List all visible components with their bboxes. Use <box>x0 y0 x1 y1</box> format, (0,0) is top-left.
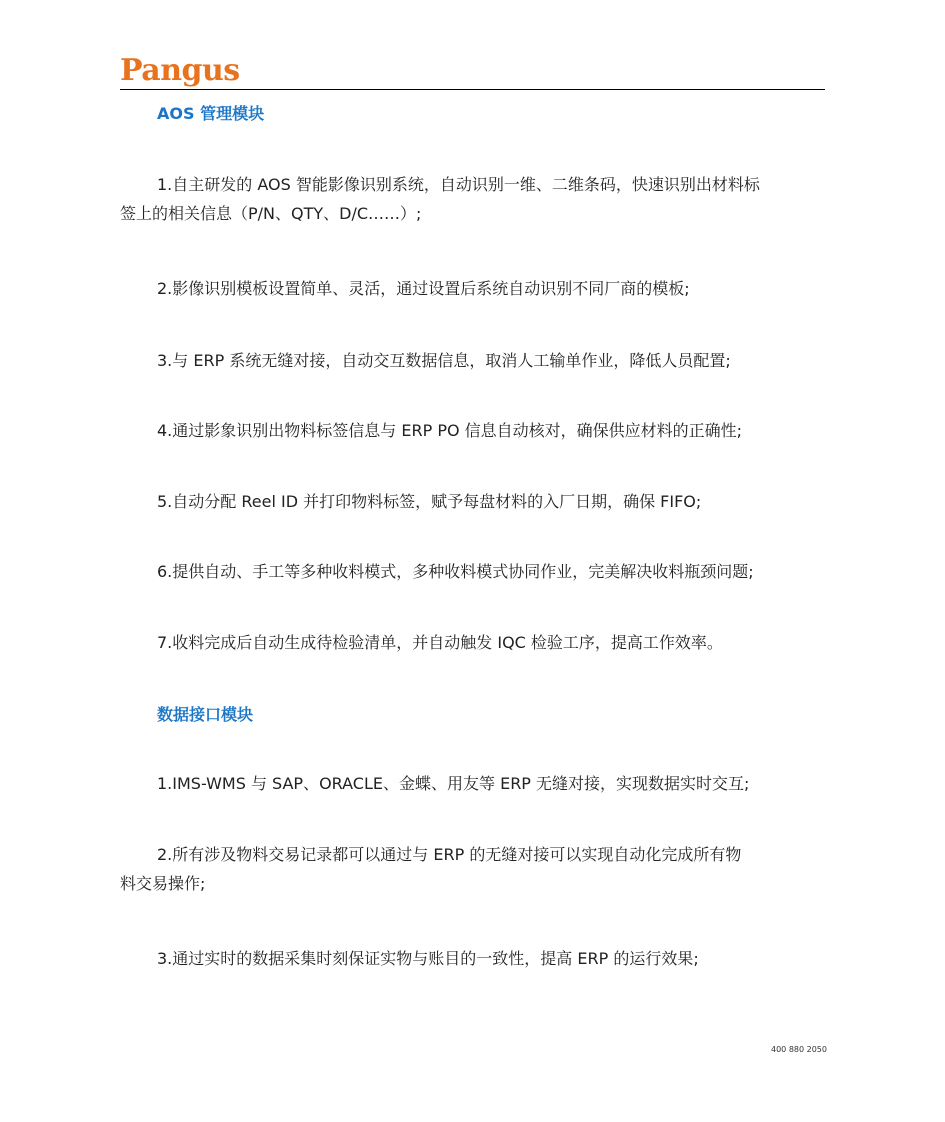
data-item-2: 2.所有涉及物料交易记录都可以通过与 ERP 的无缝对接可以实现自动化完成所有物… <box>120 840 825 898</box>
aos-item-5: 5.自动分配 Reel ID 并打印物料标签，赋予每盘材料的入厂日期，确保 FI… <box>120 487 825 516</box>
aos-item-7: 7.收料完成后自动生成待检验清单，并自动触发 IQC 检验工序，提高工作效率。 <box>120 628 825 657</box>
aos-item-3: 3.与 ERP 系统无缝对接，自动交互数据信息，取消人工输单作业，降低人员配置; <box>120 346 825 375</box>
aos-item-4: 4.通过影象识别出物料标签信息与 ERP PO 信息自动核对，确保供应材料的正确… <box>120 416 825 445</box>
aos-item-6: 6.提供自动、手工等多种收料模式，多种收料模式协同作业，完美解决收料瓶颈问题; <box>120 557 825 586</box>
footer-phone: 400 880 2050 <box>771 1045 827 1054</box>
data-item-3: 3.通过实时的数据采集时刻保证实物与账目的一致性，提高 ERP 的运行效果; <box>120 944 825 973</box>
aos-item-2: 2.影像识别模板设置简单、灵活，通过设置后系统自动识别不同厂商的模板; <box>120 274 825 303</box>
section-title-data-interface: 数据接口模块 <box>157 704 253 726</box>
data-item-1: 1.IMS-WMS 与 SAP、ORACLE、金蝶、用友等 ERP 无缝对接，实… <box>120 769 825 798</box>
aos-item-1-line-1: 1.自主研发的 AOS 智能影像识别系统，自动识别一维、二维条码，快速识别出材料… <box>120 170 825 199</box>
aos-item-5-text: 5.自动分配 Reel ID 并打印物料标签，赋予每盘材料的入厂日期，确保 FI… <box>120 487 825 516</box>
data-item-3-text: 3.通过实时的数据采集时刻保证实物与账目的一致性，提高 ERP 的运行效果; <box>120 944 825 973</box>
section-title-aos: AOS 管理模块 <box>157 103 264 125</box>
pangus-logo: Pangus <box>120 52 240 90</box>
aos-item-1-line-2: 签上的相关信息（P/N、QTY、D/C……）; <box>120 199 825 228</box>
aos-item-1: 1.自主研发的 AOS 智能影像识别系统，自动识别一维、二维条码，快速识别出材料… <box>120 170 825 228</box>
aos-item-6-text: 6.提供自动、手工等多种收料模式，多种收料模式协同作业，完美解决收料瓶颈问题; <box>120 557 825 586</box>
aos-item-4-text: 4.通过影象识别出物料标签信息与 ERP PO 信息自动核对，确保供应材料的正确… <box>120 416 825 445</box>
aos-item-7-text: 7.收料完成后自动生成待检验清单，并自动触发 IQC 检验工序，提高工作效率。 <box>120 628 825 657</box>
data-item-1-text: 1.IMS-WMS 与 SAP、ORACLE、金蝶、用友等 ERP 无缝对接，实… <box>120 769 825 798</box>
aos-item-3-text: 3.与 ERP 系统无缝对接，自动交互数据信息，取消人工输单作业，降低人员配置; <box>120 346 825 375</box>
data-item-2-line-2: 料交易操作; <box>120 869 825 898</box>
data-item-2-line-1: 2.所有涉及物料交易记录都可以通过与 ERP 的无缝对接可以实现自动化完成所有物 <box>120 840 825 869</box>
header-divider <box>120 89 825 90</box>
aos-item-2-text: 2.影像识别模板设置简单、灵活，通过设置后系统自动识别不同厂商的模板; <box>120 274 825 303</box>
